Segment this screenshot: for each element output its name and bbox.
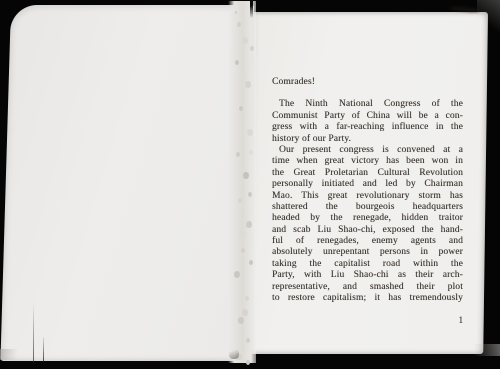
gutter-texture [235,11,237,14]
page-number: 1 [272,315,463,326]
text-line: Mao. This great revolutionary storm has [272,191,463,202]
text-line: ful of renegades, enemy agents and [272,236,463,247]
left-page-blank [0,5,254,361]
text-line: representative, and smashed their plot [272,282,463,293]
scan-smudge-bottom-right [474,344,500,356]
scan-smudge-bottom-left [0,349,21,360]
book-gutter [228,1,256,363]
text-line: Communist Party of China will be a con- [272,111,463,122]
text-line: history of our Party. [272,134,463,145]
paragraph: The Ninth National Congress of theCommun… [272,99,463,145]
text-line: absolutely unrepentant persons in power [272,247,463,258]
text-line: shattered the bourgeois headquarters [272,202,463,213]
book-scan: Comrades! The Ninth National Congress of… [0,0,500,369]
text-line: the Great Proletarian Cultural Revolutio… [272,168,463,179]
text-line: The Ninth National Congress of the [272,99,463,110]
text-line: gress with a far-reaching influence in t… [272,122,463,133]
text-line: personally initiated and led by Chairman [272,179,463,190]
text-line: Party, with Liu Shao-chi as their arch- [272,270,463,281]
text-line: and scab Liu Shao-chi, exposed the hand- [272,225,463,236]
salutation: Comrades! [272,77,463,88]
text-line: to restore capitalism; it has tremendous… [272,293,463,304]
paragraph: Our present congress is convened at atim… [272,145,463,304]
paragraphs: The Ninth National Congress of theCommun… [272,99,463,304]
page-crease [43,337,44,362]
spine-shadow-top [250,0,253,18]
spine-shadow-bottom [229,349,239,359]
text-line: taking the capitalist road within the [272,259,463,270]
scan-smudge-top-right [477,0,500,32]
page-text: Comrades! The Ninth National Congress of… [272,77,463,304]
page-crease [33,303,34,362]
text-line: Our present congress is convened at a [272,145,463,156]
text-line: time when great victory has been won in [272,156,463,167]
text-line: headed by the renegade, hidden traitor [272,213,463,224]
